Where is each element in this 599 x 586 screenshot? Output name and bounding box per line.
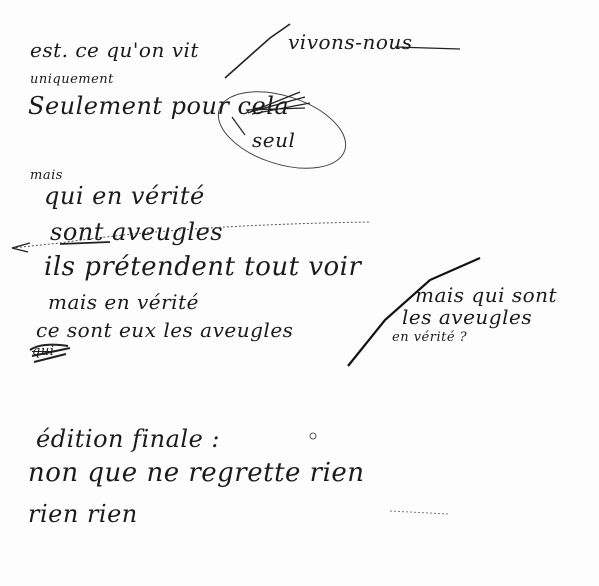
manuscript-page: est. ce qu'on vit vivons-nous uniquement…: [0, 0, 599, 586]
margin-les-aveugles: les aveugles: [402, 305, 532, 329]
line-uniquement: uniquement: [30, 72, 114, 87]
line-rien-rien: rien rien: [28, 500, 138, 528]
line-edition-finale: édition finale :: [36, 425, 220, 453]
line-mais: mais: [30, 168, 63, 183]
line-qui-crossed: qui: [32, 344, 54, 359]
line-mais-en-verite: mais en vérité: [48, 290, 199, 314]
line-vivons-nous: vivons-nous: [288, 30, 413, 54]
annotation-seul: seul: [252, 128, 295, 152]
line-seulement-pour-cela: Seulement pour cela: [28, 92, 289, 120]
line-ce-sont-eux-les-aveugles: ce sont eux les aveugles: [36, 318, 293, 342]
line-sont-aveugles: sont aveugles: [50, 218, 223, 246]
line-non-que-ne-regrette-rien: non que ne regrette rien: [28, 458, 365, 488]
margin-en-verite: en vérité ?: [392, 330, 467, 345]
line-est-ce-qu-on-vit: est. ce qu'on vit: [30, 38, 199, 62]
line-qui-en-verite: qui en vérité: [44, 182, 205, 210]
margin-mais-qui-sont: mais qui sont: [415, 283, 557, 307]
line-ils-pretendent-tout-voir: ils prétendent tout voir: [44, 252, 361, 282]
